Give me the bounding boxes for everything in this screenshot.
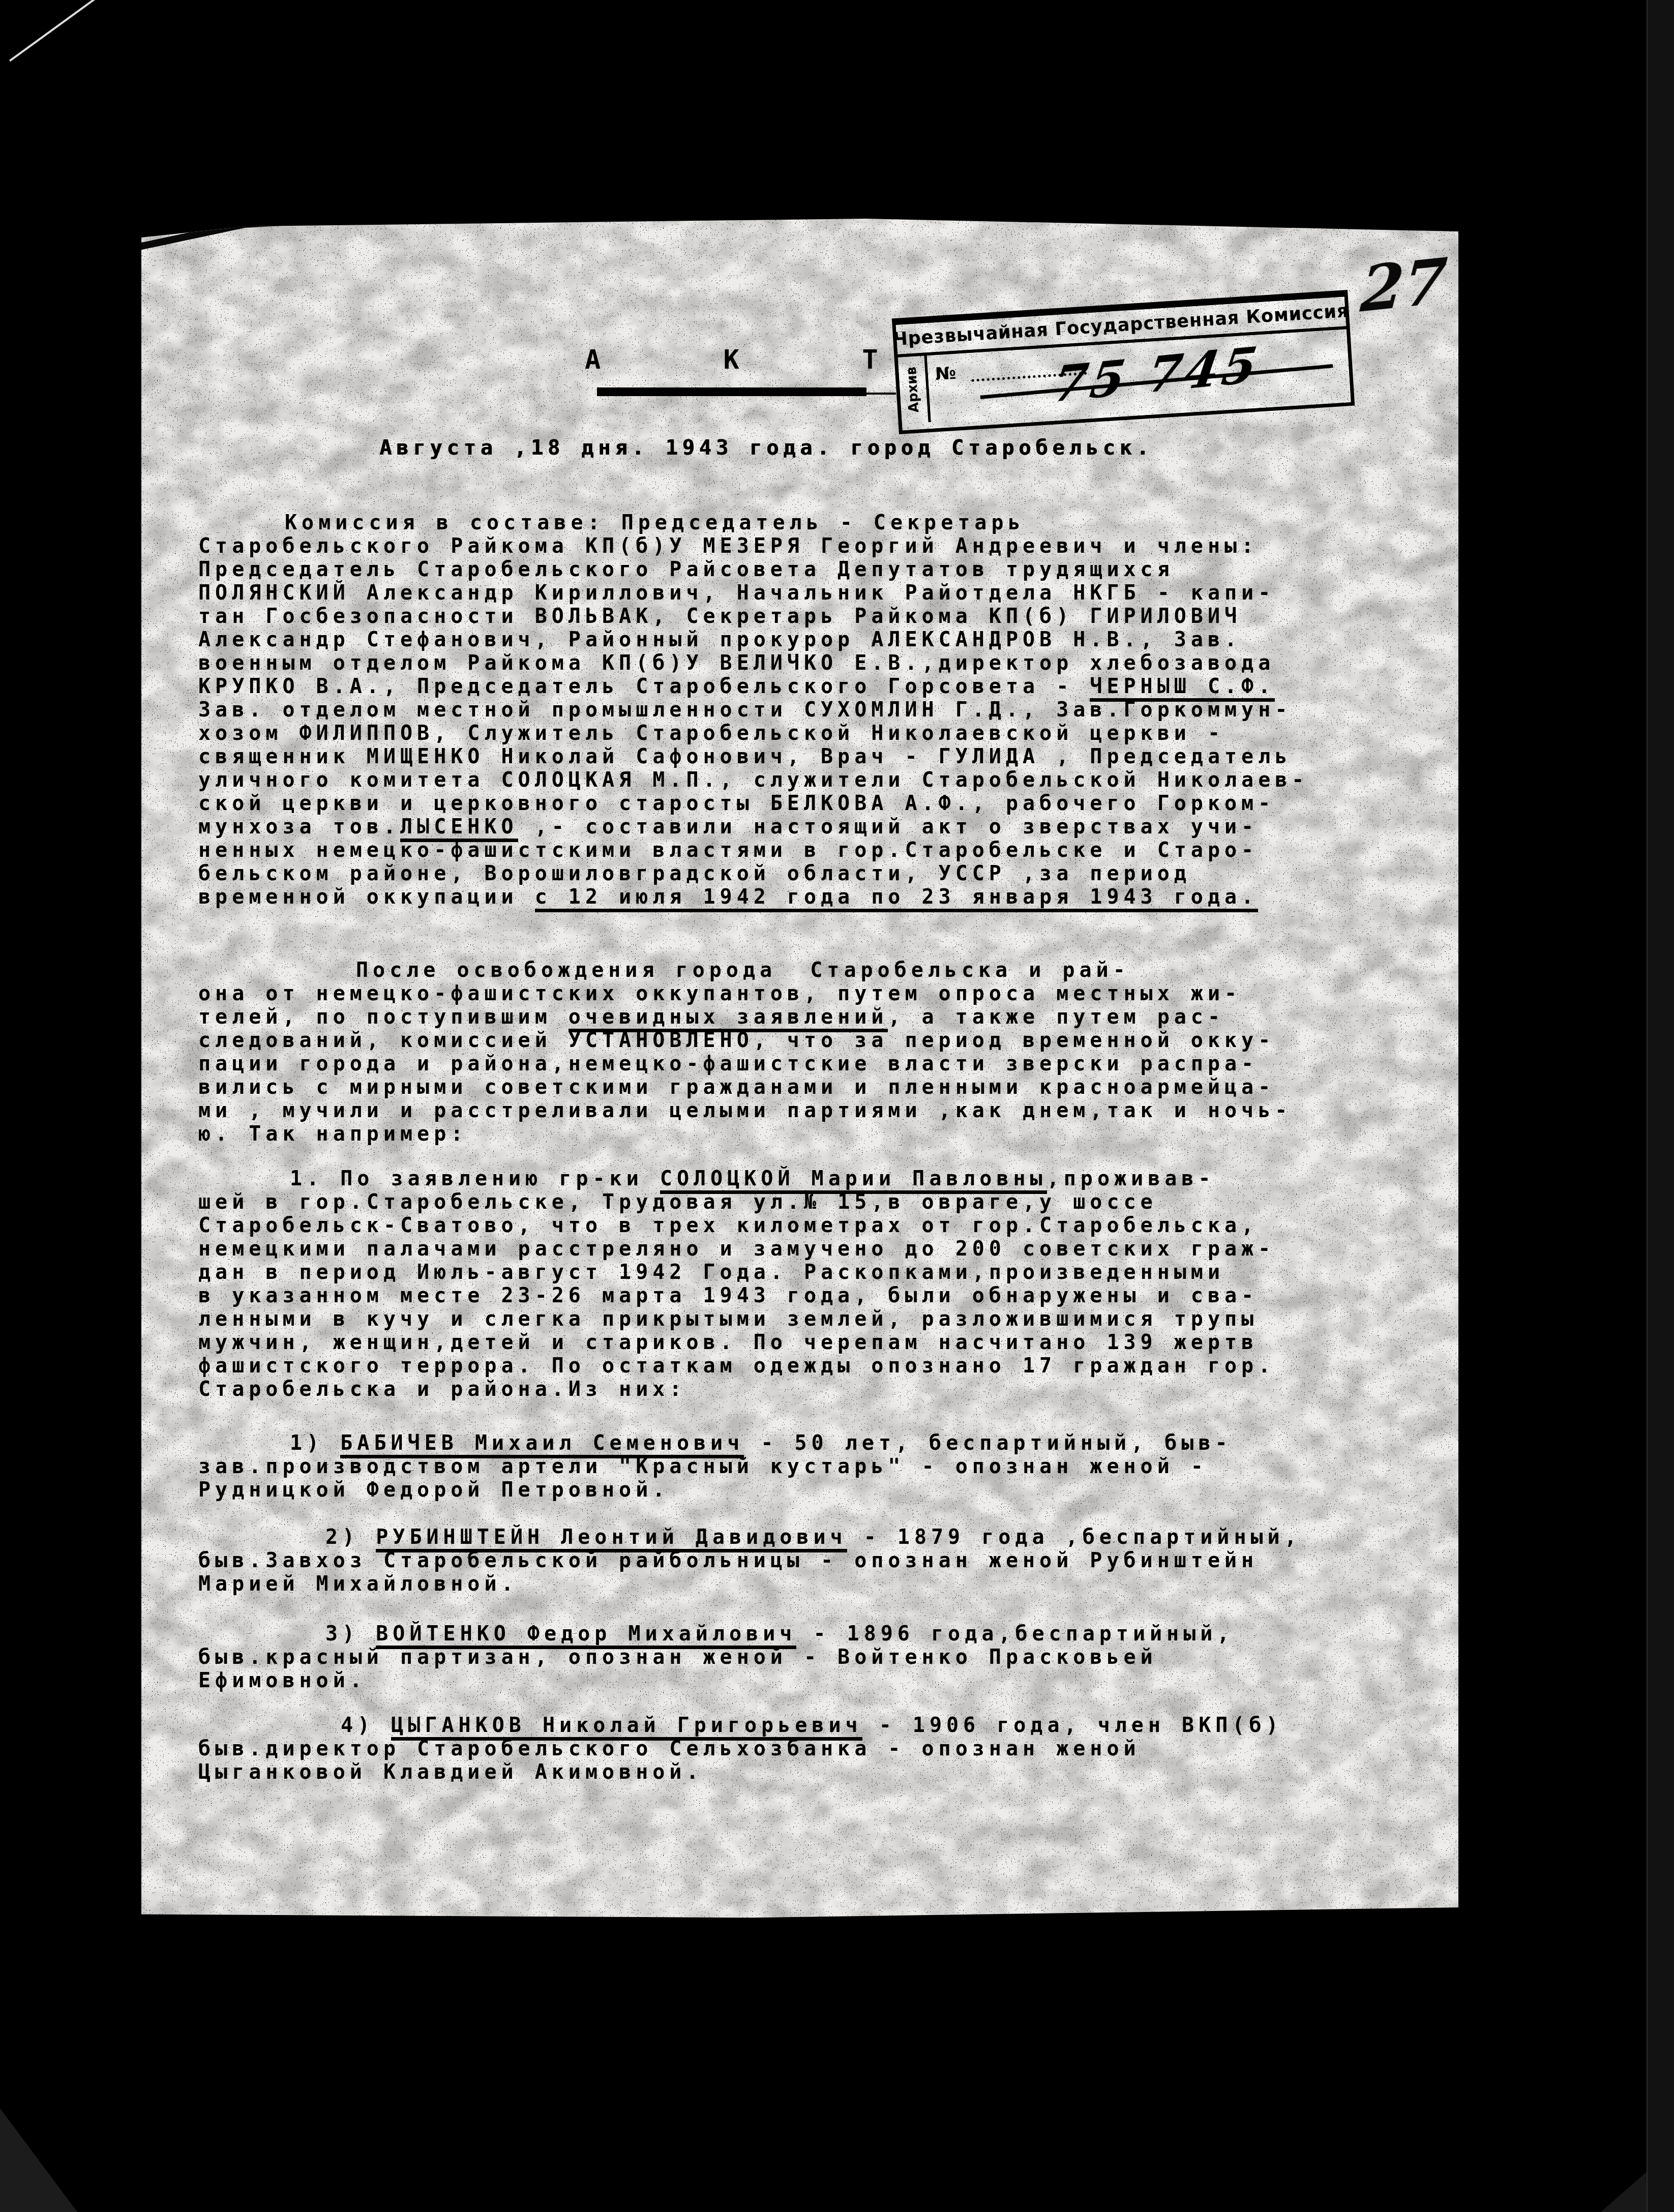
text-line: Председатель Старобельского Райсовета Де…: [198, 558, 1352, 581]
text-line: быв.Завхоз Старобельской райбольницы - о…: [198, 1549, 1352, 1572]
stamp-number-label: №: [926, 353, 966, 422]
text-line: КРУПКО В.А., Председатель Старобельского…: [198, 675, 1352, 698]
title-underline-fragment: [803, 393, 896, 395]
text-line: фашистского террора. По остаткам одежды …: [198, 1354, 1352, 1378]
text-line: дан в период Июль-август 1942 Года. Раск…: [198, 1261, 1352, 1284]
dateline: Августа ,18 дня. 1943 года. город Староб…: [379, 436, 1153, 460]
text-line: временной оккупации с 12 июля 1942 года …: [198, 885, 1352, 909]
text-line: ю. Так например:: [198, 1122, 1352, 1146]
text-line: Старобельского Райкома КП(б)У МЕЗЕРЯ Гео…: [198, 534, 1352, 558]
scan-crease-line: [9, 0, 101, 62]
text-line: она от немецко-фашистских оккупантов, пу…: [198, 982, 1352, 1005]
victim-4: 4) ЦЫГАНКОВ Николай Григорьевич - 1906 г…: [198, 1714, 1352, 1784]
text-line: Комиссия в составе: Председатель - Секре…: [198, 511, 1352, 534]
text-line: Марией Михайловной.: [198, 1572, 1352, 1596]
text-line: следований, комиссией УСТАНОВЛЕНО, что з…: [198, 1029, 1352, 1052]
text-line: тан Госбезопасности ВОЛЬВАК, Секретарь Р…: [198, 605, 1352, 628]
text-line: бельском районе, Ворошиловградской облас…: [198, 862, 1352, 885]
text-line: ленными в кучу и слегка прикрытыми земле…: [198, 1307, 1352, 1331]
document-page: А К Т Августа ,18 дня. 1943 года. город …: [141, 219, 1458, 1926]
text-line: Ефимовной.: [198, 1669, 1352, 1692]
case-1-paragraph: 1. По заявлению гр-ки СОЛОЦКОЙ Марии Пав…: [198, 1167, 1352, 1401]
text-line: Старобельска и района.Из них:: [198, 1378, 1352, 1401]
text-line: 1. По заявлению гр-ки СОЛОЦКОЙ Марии Пав…: [198, 1167, 1352, 1190]
text-line: быв.директор Старобельского Сельхозбанка…: [198, 1737, 1352, 1760]
text-line: немецкими палачами расстреляно и замучен…: [198, 1237, 1352, 1261]
scan-corner-artifact: [0, 2108, 77, 2212]
victim-2: 2) РУБИНШТЕЙН Леонтий Давидович - 1879 г…: [198, 1526, 1352, 1596]
victim-1: 1) БАБИЧЕВ Михаил Семенович - 50 лет, бе…: [198, 1431, 1352, 1502]
text-line: пации города и района,немецко-фашистские…: [198, 1052, 1352, 1075]
text-line: ненных немецко-фашистскими властями в го…: [198, 839, 1352, 862]
findings-paragraph: После освобождения города Старобельска и…: [198, 959, 1352, 1146]
text-line: 3) ВОЙТЕНКО Федор Михайлович - 1896 года…: [198, 1622, 1352, 1646]
text-line: Рудницкой Федорой Петровной.: [198, 1478, 1352, 1502]
commission-paragraph: Комиссия в составе: Председатель - Секре…: [198, 511, 1352, 909]
text-line: быв.красный партизан, опознан женой - Во…: [198, 1646, 1352, 1669]
text-line: телей, по поступившим очевидных заявлени…: [198, 1005, 1352, 1029]
title-underline: [597, 387, 866, 396]
text-line: хозом ФИЛИППОВ, Служитель Старобельской …: [198, 722, 1352, 745]
text-line: ми , мучили и расстреливали целыми парти…: [198, 1099, 1352, 1122]
text-line: военным отделом Райкома КП(б)У ВЕЛИЧКО Е…: [198, 651, 1352, 675]
text-line: Александр Стефанович, Районный прокурор …: [198, 628, 1352, 651]
document-title: А К Т: [585, 345, 932, 375]
text-line: ПОЛЯНСКИЙ Александр Кириллович, Начальни…: [198, 581, 1352, 605]
text-line: в указанном месте 23-26 марта 1943 года,…: [198, 1284, 1352, 1307]
document-body: Комиссия в составе: Председатель - Секре…: [198, 511, 1352, 1784]
handwritten-page-number: 27: [1358, 243, 1449, 326]
text-line: После освобождения города Старобельска и…: [198, 959, 1352, 982]
text-line: 4) ЦЫГАНКОВ Николай Григорьевич - 1906 г…: [198, 1714, 1352, 1737]
text-line: Старобельск-Сватово, что в трех километр…: [198, 1214, 1352, 1237]
text-line: зав.производством артели "Красный кустар…: [198, 1455, 1352, 1478]
text-line: Зав. отделом местной промышленности СУХО…: [198, 698, 1352, 722]
text-line: шей в гор.Старобельске, Трудовая ул.№ 15…: [198, 1190, 1352, 1214]
text-line: мунхоза тов.ЛЫСЕНКО ,- составили настоящ…: [198, 815, 1352, 839]
text-line: вились с мирными советскими гражданами и…: [198, 1075, 1352, 1099]
text-line: священник МИЩЕНКО Николай Сафонович, Вра…: [198, 745, 1352, 768]
text-line: мужчин, женщин,детей и стариков. По чере…: [198, 1331, 1352, 1354]
scan-edge-band: [1647, 0, 1674, 2212]
victim-3: 3) ВОЙТЕНКО Федор Михайлович - 1896 года…: [198, 1622, 1352, 1692]
text-line: 1) БАБИЧЕВ Михаил Семенович - 50 лет, бе…: [198, 1431, 1352, 1455]
stamp-archive-label: Архив: [898, 355, 931, 424]
text-line: 2) РУБИНШТЕЙН Леонтий Давидович - 1879 г…: [198, 1526, 1352, 1549]
text-line: ской церкви и церковного старосты БЕЛКОВ…: [198, 792, 1352, 815]
text-line: Цыганковой Клавдией Акимовной.: [198, 1760, 1352, 1784]
text-line: уличного комитета СОЛОЦКАЯ М.П., служите…: [198, 768, 1352, 792]
scan-background: А К Т Августа ,18 дня. 1943 года. город …: [0, 0, 1674, 2212]
